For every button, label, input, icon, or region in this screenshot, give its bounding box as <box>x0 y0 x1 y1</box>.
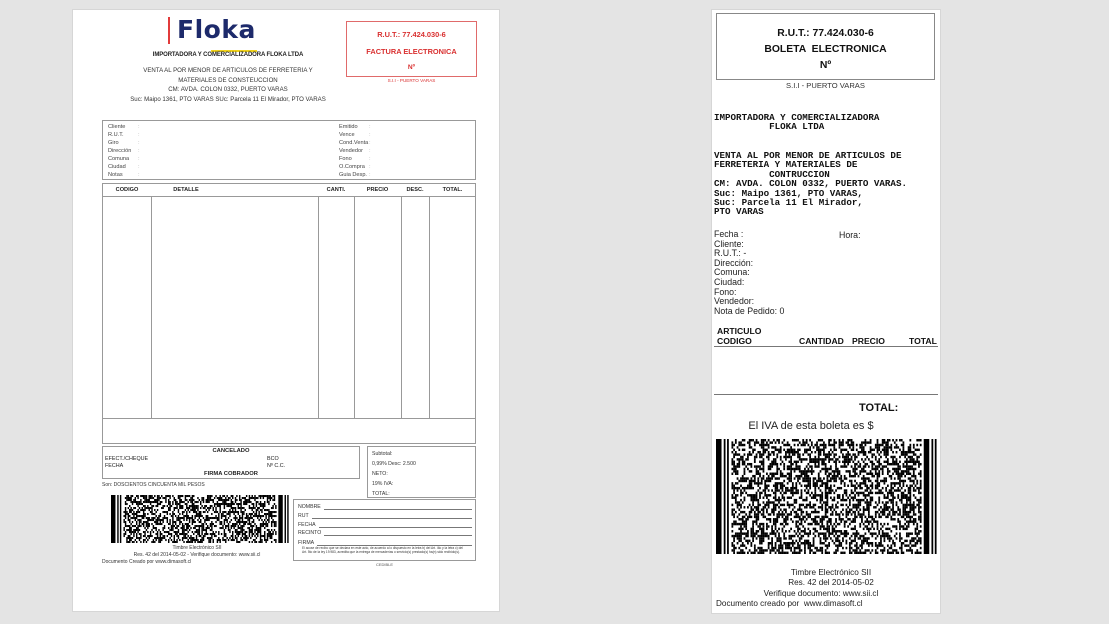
timbre-electronico: Timbre Electrónico SII Res. 42 del 2014-… <box>102 545 292 559</box>
fecha-label: FECHA <box>105 463 123 469</box>
col-articulo: ARTICULO <box>717 326 761 336</box>
company-name: IMPORTADORA Y COMERCIALIZADORA FLOKA LTD… <box>714 113 879 132</box>
client-field: Cliente: <box>108 123 140 131</box>
iva-text: El IVA de esta boleta es $ <box>712 420 940 432</box>
field-colon: : <box>369 123 371 131</box>
field-label: Emitido <box>339 123 369 131</box>
document-number-label: Nº <box>347 64 476 71</box>
company-description: VENTA AL POR MENOR DE ARTICULOS DE FERRE… <box>103 66 353 104</box>
rut-box: R.U.T.: 77.424.030-6 FACTURA ELECTRONICA… <box>346 21 477 77</box>
cedible-label: CEDIBLE <box>293 562 476 567</box>
field-colon: : <box>138 147 140 155</box>
company-desc-line: VENTA AL POR MENOR DE ARTICULOS DE FERRE… <box>103 66 353 76</box>
col-cantidad: CANTIDAD <box>799 336 844 346</box>
field-label: Cond.Venta <box>339 139 369 147</box>
field-label: Dirección <box>108 147 138 155</box>
field-colon: : <box>138 155 140 163</box>
col-precio: PRECIO <box>354 187 401 193</box>
col-total: TOTAL. <box>429 187 476 193</box>
column-divider <box>401 197 402 418</box>
field-label: Guia Desp. <box>339 171 369 179</box>
client-info-box: Cliente:R.U.T.:Giro:Dirección:Comuna:Ciu… <box>102 120 476 180</box>
timbre-line: Timbre Electrónico SII <box>722 568 940 578</box>
efect-cheque-label: EFECT./CHEQUE <box>105 456 148 462</box>
document-number-label: Nº <box>717 58 934 74</box>
col-precio: PRECIO <box>852 336 885 346</box>
field-label: RUT <box>298 513 309 519</box>
items-footer-divider <box>103 418 475 419</box>
factura-document: Floka IMPORTADORA Y COMERCIALIZADORA FLO… <box>72 9 500 612</box>
items-table: CODIGO DETALLE CANTI. PRECIO DESC. TOTAL… <box>102 183 476 444</box>
company-desc-line: MATERIALES DE CONSTEUCCION <box>103 76 353 86</box>
total-label: TOTAL: <box>859 402 898 414</box>
client-field: Fono: <box>339 155 371 163</box>
col-codigo: CODIGO <box>717 336 752 346</box>
field-colon: : <box>369 171 371 179</box>
field-colon: : <box>369 155 371 163</box>
acuse-recibo-box: NOMBRE RUT FECHA RECINTO FIRMA El acuse … <box>293 499 476 561</box>
field-label: Notas <box>108 171 138 179</box>
document-type: FACTURA ELECTRONICA <box>347 47 476 56</box>
pdf417-barcode <box>111 495 289 543</box>
timbre-line: Res. 42 del 2014-05-02 - Verifique docum… <box>102 552 292 559</box>
field-colon: : <box>138 131 140 139</box>
recibo-field-recinto: RECINTO <box>298 530 472 536</box>
iva-label: 19% IVA: <box>372 479 471 489</box>
client-fields-right: Emitido:Vence:Cond.Venta:Vendedor:Fono:O… <box>339 123 371 179</box>
timbre-line: Res. 42 del 2014-05-02 <box>722 578 940 588</box>
field-colon: : <box>369 131 371 139</box>
field-label: Cliente <box>108 123 138 131</box>
created-by: Documento creado por www.dimasoft.cl <box>716 599 863 608</box>
company-description: VENTA AL POR MENOR DE ARTICULOS DE FERRE… <box>714 151 907 217</box>
info-field: Nota de Pedido: 0 <box>714 307 784 317</box>
subtotal-label: Subtotal: <box>372 449 471 459</box>
boleta-document: R.U.T.: 77.424.030-6 BOLETA ELECTRONICA … <box>711 9 941 614</box>
field-colon: : <box>369 163 371 171</box>
field-label: Fono <box>339 155 369 163</box>
column-divider <box>429 197 430 418</box>
items-table-header: CODIGO DETALLE CANTI. PRECIO DESC. TOTAL… <box>103 184 475 197</box>
field-label: RECINTO <box>298 530 321 536</box>
client-field: Guia Desp.: <box>339 171 371 179</box>
amount-in-words: Son: DOSCIENTOS CINCUENTA MIL PESOS <box>102 482 205 488</box>
bco-label: BCO <box>267 456 279 462</box>
client-field: Cond.Venta: <box>339 139 371 147</box>
field-colon: : <box>369 147 371 155</box>
cancelado-box: CANCELADO EFECT./CHEQUE FECHA BCO Nº C.C… <box>102 446 360 479</box>
pdf417-barcode <box>716 439 937 554</box>
field-colon: : <box>138 139 140 147</box>
field-label: O.Compra <box>339 163 369 171</box>
field-label: NOMBRE <box>298 504 321 510</box>
col-canti: CANTI. <box>318 187 354 193</box>
column-divider <box>151 197 152 418</box>
field-colon: : <box>138 123 140 131</box>
client-field: Ciudad: <box>108 163 140 171</box>
client-fields-left: Cliente:R.U.T.:Giro:Dirección:Comuna:Ciu… <box>108 123 140 179</box>
cancelado-title: CANCELADO <box>103 448 359 454</box>
items-divider <box>714 394 938 395</box>
num-cc-label: Nº C.C. <box>267 463 285 469</box>
field-label: Vendedor <box>339 147 369 155</box>
field-colon: : <box>369 139 371 147</box>
recibo-field-rut: RUT <box>298 513 472 519</box>
recibo-field-fecha: FECHA <box>298 522 472 528</box>
timbre-electronico: Timbre Electrónico SII Res. 42 del 2014-… <box>712 568 940 599</box>
client-field: Giro: <box>108 139 140 147</box>
rut-number: R.U.T.: 77.424.030-6 <box>717 26 934 42</box>
field-colon: : <box>138 163 140 171</box>
client-field: Dirección: <box>108 147 140 155</box>
total-label: TOTAL: <box>372 489 471 499</box>
items-header: ARTICULO CODIGO CANTIDAD PRECIO TOTAL <box>714 326 938 347</box>
client-field: Notas: <box>108 171 140 179</box>
signature-line <box>312 514 472 519</box>
client-field: R.U.T.: <box>108 131 140 139</box>
client-field: Emitido: <box>339 123 371 131</box>
signature-line <box>324 505 472 510</box>
logo-red-bar <box>168 17 170 44</box>
discount-label: 0,99% Desc: 2.500 <box>372 459 471 469</box>
signature-line <box>319 523 472 528</box>
floka-logo: Floka <box>165 14 255 50</box>
company-desc-line: Suc: Maipo 1361, PTO VARAS SUc: Parcela … <box>103 95 353 105</box>
timbre-line: Verifique documento: www.sii.cl <box>722 589 940 599</box>
legal-text: El acuse de recibo que se declara en est… <box>302 546 468 554</box>
client-field: Vence: <box>339 131 371 139</box>
rut-box: R.U.T.: 77.424.030-6 BOLETA ELECTRONICA … <box>716 13 935 80</box>
totals-box: Subtotal: 0,99% Desc: 2.500 NETO: 19% IV… <box>367 446 476 498</box>
col-detalle: DETALLE <box>151 187 221 193</box>
sii-office: S.I.I - PUERTO VARAS <box>346 78 477 83</box>
signature-line <box>324 531 472 536</box>
col-total: TOTAL <box>909 336 937 346</box>
field-label: Comuna <box>108 155 138 163</box>
field-label: FECHA <box>298 522 316 528</box>
created-by: Documento Creado por www.dimasoft.cl <box>102 559 191 565</box>
column-divider <box>354 197 355 418</box>
company-desc-line: CM: AVDA. COLON 0332, PUERTO VARAS <box>103 85 353 95</box>
recibo-field-nombre: NOMBRE <box>298 504 472 510</box>
client-field: Vendedor: <box>339 147 371 155</box>
field-colon: : <box>138 171 140 179</box>
column-divider <box>318 197 319 418</box>
document-type: BOLETA ELECTRONICA <box>717 42 934 58</box>
firma-cobrador-label: FIRMA COBRADOR <box>103 471 359 477</box>
field-label: R.U.T. <box>108 131 138 139</box>
client-field: Comuna: <box>108 155 140 163</box>
field-label: Giro <box>108 139 138 147</box>
company-name: IMPORTADORA Y COMERCIALIZADORA FLOKA LTD… <box>103 52 353 58</box>
hora-label: Hora: <box>839 230 861 240</box>
timbre-line: Timbre Electrónico SII <box>102 545 292 552</box>
sii-office: S.I.I - PUERTO VARAS <box>716 81 935 90</box>
col-codigo: CODIGO <box>103 187 151 193</box>
logo-text: Floka <box>177 15 256 44</box>
rut-number: R.U.T.: 77.424.030-6 <box>347 30 476 39</box>
field-label: Vence <box>339 131 369 139</box>
col-desc: DESC. <box>401 187 429 193</box>
customer-info: Fecha :Cliente:R.U.T.: -Dirección:Comuna… <box>714 230 784 316</box>
field-label: Ciudad <box>108 163 138 171</box>
client-field: O.Compra: <box>339 163 371 171</box>
neto-label: NETO: <box>372 469 471 479</box>
